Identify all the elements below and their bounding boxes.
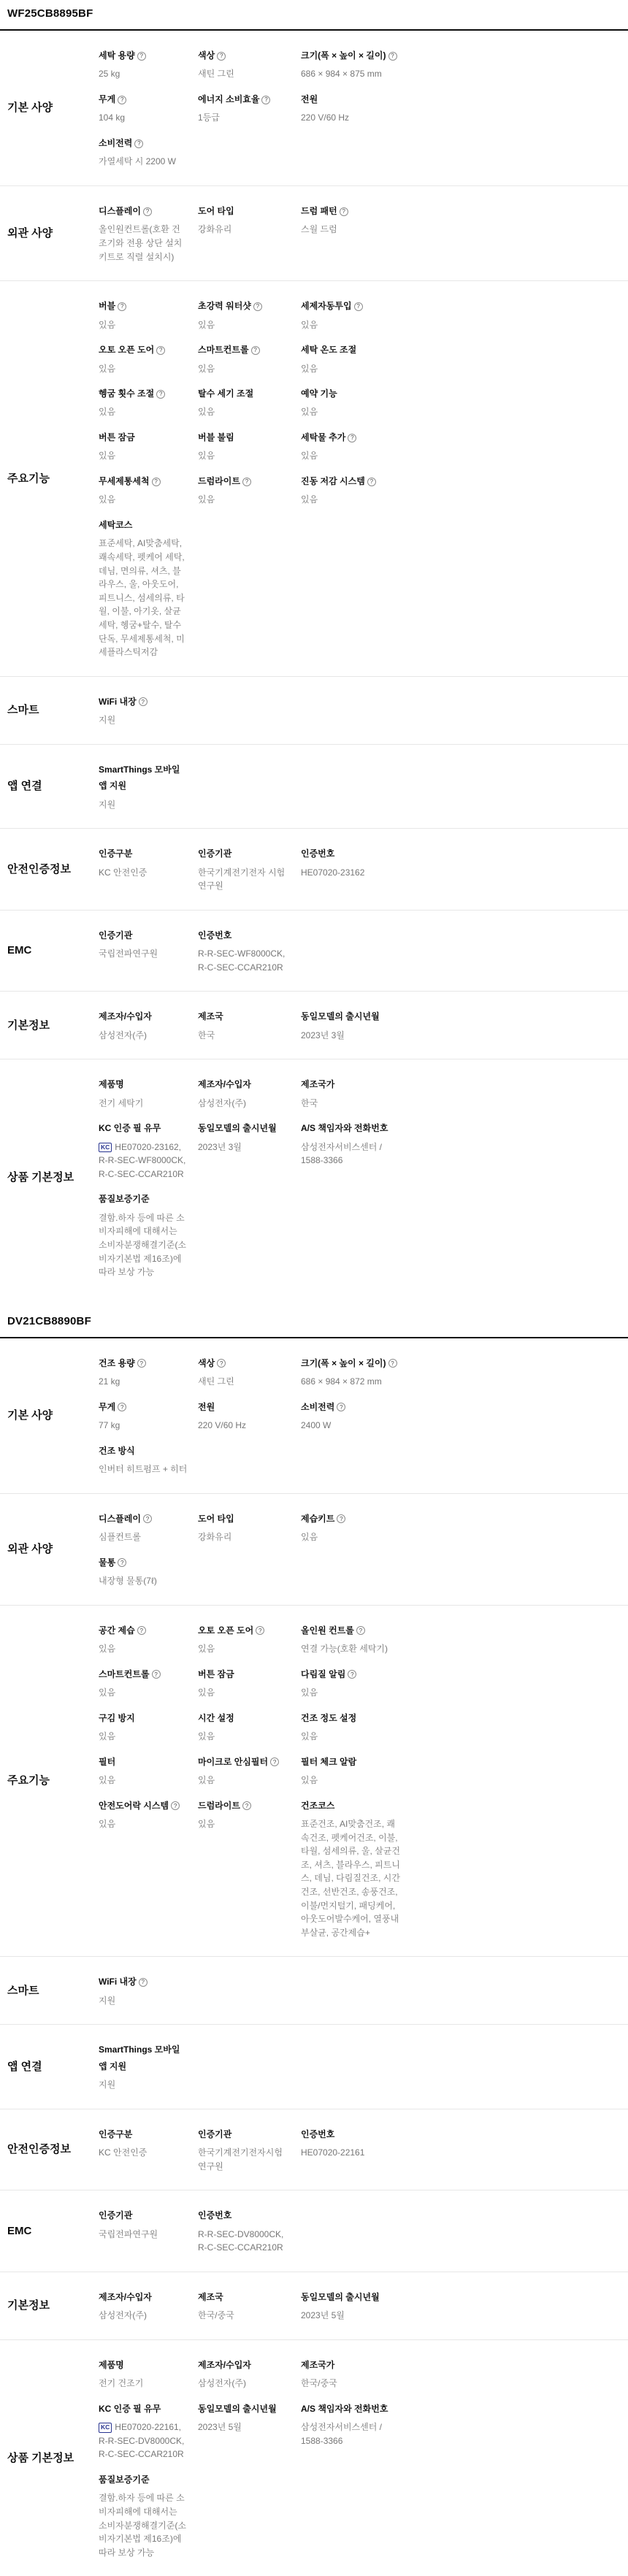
spec-item-label-line: 제조국가 <box>301 1076 403 1092</box>
spec-item: 건조 방식 인버터 히트펌프 + 히터 <box>99 1438 198 1481</box>
spec-item-value: 있음 <box>198 1730 291 1744</box>
spec-item-value: 가열세탁 시 2200 W <box>99 155 188 169</box>
spec-item-label-line: KC 인증 필 유무 <box>99 1120 188 1136</box>
spec-item-value-text: 있음 <box>99 320 115 330</box>
spec-section-grid: 제품명 전기 세탁기 제조자/수입자 삼성전자(주) 제조국가 한국 KC 인증… <box>99 1071 413 1284</box>
spec-item-value-text: 국립전파연구원 <box>99 948 158 959</box>
spec-item-label: 공간 제습 <box>99 1625 135 1636</box>
spec-item-value: 있음 <box>99 362 188 376</box>
spec-item-label: 제조자/수입자 <box>198 1079 251 1089</box>
spec-item-value: 있음 <box>99 405 188 419</box>
info-icon[interactable]: ? <box>139 697 148 706</box>
spec-item: 제습키트? 있음 <box>301 1506 413 1549</box>
spec-section-row: EMC 인증기관 국립전파연구원 인증번호 R-R-SEC-DV8000CK, … <box>0 2190 628 2272</box>
spec-item-label-line: 도어 타입 <box>198 1511 291 1527</box>
spec-item-label: 버블 불림 <box>198 432 234 442</box>
spec-item-value: 새틴 그린 <box>198 67 291 81</box>
spec-item-label: KC 인증 필 유무 <box>99 1123 161 1133</box>
spec-item-value-text: 있음 <box>198 1687 215 1698</box>
spec-section-row: 기본정보 제조자/수입자 삼성전자(주) 제조국 한국/중국 동일모델의 출시년… <box>0 2272 628 2339</box>
spec-section-grid: WiFi 내장? 지원 <box>99 1969 413 2012</box>
spec-item-label-line: 건조 정도 설정 <box>301 1710 403 1726</box>
spec-item-label: 건조코스 <box>301 1801 334 1811</box>
spec-item-value-text: 있음 <box>99 1819 115 1829</box>
spec-item-label-line: 오토 오픈 도어? <box>198 1622 291 1638</box>
spec-item-value-text: 있음 <box>301 1775 318 1785</box>
spec-item-label: 제품명 <box>99 1079 124 1089</box>
spec-item-value: 21 kg <box>99 1375 188 1389</box>
spec-item-label: 스마트컨트롤 <box>198 345 249 355</box>
info-icon[interactable]: ? <box>137 1626 146 1635</box>
spec-item-value-text: 있음 <box>99 1775 115 1785</box>
spec-section-label: 상품 기본정보 <box>0 1170 99 1185</box>
spec-item: 마이크로 안심필터? 있음 <box>198 1749 301 1793</box>
spec-item-value: 연결 가능(호환 세탁기) <box>301 1642 403 1656</box>
spec-item-value-text: 삼성전자(주) <box>198 1098 246 1108</box>
info-icon[interactable]: ? <box>348 434 356 442</box>
spec-item-value: 2400 W <box>301 1419 403 1433</box>
spec-item: 도어 타입 강화유리 <box>198 1506 301 1549</box>
spec-item-label-line: 디스플레이? <box>99 1511 188 1527</box>
spec-item: 제조국 한국 <box>198 1003 301 1047</box>
info-icon[interactable]: ? <box>118 1558 126 1567</box>
spec-item-label-line: 무게? <box>99 91 188 107</box>
spec-item-label-line: 인증번호 <box>198 927 291 943</box>
spec-item-label: 시간 설정 <box>198 1713 234 1723</box>
spec-item-value: 한국/중국 <box>198 2309 291 2323</box>
spec-item: KC 인증 필 유무 KCHE07020-23162, R-R-SEC-WF80… <box>99 1115 198 1186</box>
spec-item-label-line: 탈수 세기 조절 <box>198 386 291 402</box>
spec-item-value-text: 220 V/60 Hz <box>198 1420 246 1430</box>
spec-item: 무게? 104 kg <box>99 86 198 130</box>
spec-section-row: 앱 연결 SmartThings 모바일 앱 지원 지원 <box>0 2024 628 2108</box>
spec-item-value-text: HE07020-22161 <box>301 2147 364 2158</box>
info-icon[interactable]: ? <box>171 1801 180 1810</box>
spec-item-label-line: 세탁 용량? <box>99 47 188 64</box>
spec-item-label: A/S 책임자와 전화번호 <box>301 1123 388 1133</box>
spec-item-value: KCHE07020-23162, R-R-SEC-WF8000CK, R-C-S… <box>99 1141 188 1181</box>
spec-item-value: 인버터 히트펌프 + 히터 <box>99 1463 188 1476</box>
spec-item-value-text: 삼성전자(주) <box>99 1030 147 1040</box>
spec-section-grid: 버블? 있음 초강력 워터샷? 있음 세제자동투입? 있음 오토 오픈 도어? … <box>99 293 413 664</box>
spec-item-value: 있음 <box>301 362 403 376</box>
spec-section-grid: 공간 제습? 있음 오토 오픈 도어? 있음 올인원 컨트롤? 연결 가능(호환… <box>99 1617 413 1945</box>
spec-item-value-text: 결함.하자 등에 따른 소비자피해에 대해서는 소비자분쟁해결기준(소비자기본법… <box>99 2493 186 2557</box>
spec-item-label: SmartThings 모바일 앱 지원 <box>99 764 180 791</box>
spec-section-grid: 디스플레이? 올인원컨트롤(호환 건조기와 전용 상단 설치 키트로 직렬 설치… <box>99 198 413 269</box>
spec-item-value: 한국/중국 <box>301 2377 403 2391</box>
spec-item-value: HE07020-22161 <box>301 2146 403 2160</box>
spec-item-label: 건조 정도 설정 <box>301 1713 356 1723</box>
spec-item-value-text: 1등급 <box>198 112 220 123</box>
spec-item-value: 있음 <box>99 449 188 463</box>
spec-item-label: 예약 기능 <box>301 388 337 399</box>
spec-item: 제조국가 한국/중국 <box>301 2352 413 2396</box>
spec-item-value: 686 × 984 × 875 mm <box>301 67 403 81</box>
spec-item-value: 강화유리 <box>198 223 291 237</box>
spec-item: 인증기관 국립전파연구원 <box>99 922 198 966</box>
spec-item-label: 물통 <box>99 1557 115 1568</box>
spec-item-label-line: 진동 저감 시스템? <box>301 473 403 489</box>
spec-section-row: 앱 연결 SmartThings 모바일 앱 지원 지원 <box>0 744 628 828</box>
spec-item-value-text: 한국/중국 <box>198 2310 234 2320</box>
spec-item-label-line: 건조코스 <box>301 1798 403 1814</box>
spec-item-label: 인증구분 <box>99 2129 132 2139</box>
spec-item-label-line: 버튼 잠금 <box>99 429 188 445</box>
spec-item-value: 있음 <box>198 1642 291 1656</box>
spec-item-label: 인증번호 <box>301 848 334 859</box>
spec-item-value-text: 있음 <box>198 1644 215 1654</box>
spec-item-label-line: 소비전력? <box>301 1399 403 1415</box>
info-icon[interactable]: ? <box>251 346 260 355</box>
info-icon[interactable]: ? <box>156 346 165 355</box>
info-icon[interactable]: ? <box>156 390 165 399</box>
product-spec-table: WF25CB8895BF 기본 사양 세탁 용량? 25 kg 색상? 새틴 그… <box>0 4 628 1296</box>
spec-item-value: 지원 <box>99 798 188 812</box>
spec-item: 인증기관 한국기계전기전자 시험연구원 <box>198 840 301 898</box>
info-icon[interactable]: ? <box>261 96 270 104</box>
info-icon[interactable]: ? <box>348 1670 356 1679</box>
spec-item: 오토 오픈 도어? 있음 <box>99 337 198 380</box>
spec-item: 다림질 알림? 있음 <box>301 1661 413 1705</box>
spec-item-value: 한국기계전기전자 시험연구원 <box>198 866 291 893</box>
spec-item: 제조자/수입자 삼성전자(주) <box>198 1071 301 1115</box>
spec-item-label-line: 제습키트? <box>301 1511 403 1527</box>
spec-section-grid: 제조자/수입자 삼성전자(주) 제조국 한국 동일모델의 출시년월 2023년 … <box>99 1003 413 1047</box>
spec-item-label: 인증번호 <box>198 2210 231 2220</box>
spec-item-value: 삼성전자(주) <box>198 2377 291 2391</box>
spec-item: 건조 용량? 21 kg <box>99 1350 198 1394</box>
info-icon[interactable]: ? <box>256 1626 264 1635</box>
spec-item-label: 제조자/수입자 <box>99 2292 152 2302</box>
info-icon[interactable]: ? <box>270 1757 279 1766</box>
spec-item-value: HE07020-23162 <box>301 866 403 880</box>
spec-item-value-text: 한국 <box>198 1030 215 1040</box>
spec-item-label: 다림질 알림 <box>301 1669 345 1679</box>
spec-item: 동일모델의 출시년월 2023년 5월 <box>198 2396 301 2439</box>
spec-item-label-line: 오토 오픈 도어? <box>99 342 188 358</box>
spec-item-value-text: 강화유리 <box>198 224 231 234</box>
spec-item-value: 있음 <box>99 1642 188 1656</box>
spec-item-label-line: 시간 설정 <box>198 1710 291 1726</box>
spec-item: SmartThings 모바일 앱 지원 지원 <box>99 756 198 816</box>
spec-item-label-line: 헹굼 횟수 조절? <box>99 386 188 402</box>
spec-item: 전원 220 V/60 Hz <box>301 86 413 130</box>
info-icon[interactable]: ? <box>367 478 376 486</box>
spec-item-label-line: 제조국 <box>198 1008 291 1024</box>
spec-item-label: 오토 오픈 도어 <box>198 1625 253 1636</box>
spec-section-row: 기본 사양 건조 용량? 21 kg 색상? 새틴 그린 크기(폭 × 높이 ×… <box>0 1338 628 1493</box>
spec-item: 헹굼 횟수 조절? 있음 <box>99 380 198 424</box>
spec-section-grid: 세탁 용량? 25 kg 색상? 새틴 그린 크기(폭 × 높이 × 길이)? … <box>99 42 413 174</box>
spec-item: 버블 불림 있음 <box>198 424 301 468</box>
spec-section-label: EMC <box>0 2224 99 2239</box>
spec-item: 필터 체크 알람 있음 <box>301 1749 413 1793</box>
spec-item-label-line: 크기(폭 × 높이 × 길이)? <box>301 1355 403 1371</box>
spec-item-value: 한국 <box>198 1029 291 1043</box>
spec-item-label-line: 안전도어락 시스템? <box>99 1798 188 1814</box>
spec-section-row: 기본정보 제조자/수입자 삼성전자(주) 제조국 한국 동일모델의 출시년월 2… <box>0 991 628 1059</box>
spec-item-value-text: 21 kg <box>99 1376 120 1387</box>
spec-item-label-line: 버블 불림 <box>198 429 291 445</box>
info-icon[interactable]: ? <box>337 1514 345 1523</box>
info-icon[interactable]: ? <box>118 1403 126 1411</box>
spec-item: 건조 정도 설정 있음 <box>301 1705 413 1749</box>
spec-item-label-line: 다림질 알림? <box>301 1666 403 1682</box>
spec-item: 세탁코스 표준세탁, AI맞춤세탁, 쾌속세탁, 펫케어 세탁, 데님, 면의류… <box>99 512 198 664</box>
spec-item-value-text: 지원 <box>99 800 115 810</box>
spec-item-value-text: 가열세탁 시 2200 W <box>99 156 176 166</box>
spec-item-value-text: 있음 <box>301 494 318 505</box>
spec-item-value: 있음 <box>198 405 291 419</box>
spec-item-label: 도어 타입 <box>198 206 234 216</box>
spec-item-label-line: 소비전력? <box>99 135 188 151</box>
spec-item-value: 올인원컨트롤(호환 건조기와 전용 상단 설치 키트로 직렬 설치시) <box>99 223 188 264</box>
spec-item-label: 버블 <box>99 301 115 311</box>
spec-item-label-line: 스마트컨트롤? <box>99 1666 188 1682</box>
spec-item-value: 있음 <box>99 1774 188 1787</box>
spec-item-value-text: 있음 <box>198 1731 215 1741</box>
spec-item-label: 세탁 온도 조절 <box>301 345 356 355</box>
spec-item: 안전도어락 시스템? 있음 <box>99 1793 198 1836</box>
spec-item-label: 전원 <box>198 1402 215 1412</box>
spec-item-label: 품질보증기준 <box>99 1194 150 1204</box>
spec-item-value: R-R-SEC-WF8000CK, R-C-SEC-CCAR210R <box>198 947 291 974</box>
kc-certification-icon: KC <box>99 2423 112 2432</box>
spec-item-value: 삼성전자(주) <box>99 2309 188 2323</box>
spec-item-label: 인증기관 <box>99 2210 132 2220</box>
spec-item-value: 국립전파연구원 <box>99 2228 188 2242</box>
spec-item-value-text: 있음 <box>301 1731 318 1741</box>
spec-item-value-text: 삼성전자서비스센터 / 1588-3366 <box>301 1142 382 1166</box>
spec-item-label: 올인원 컨트롤 <box>301 1625 354 1636</box>
spec-section-row: 외관 사양 디스플레이? 올인원컨트롤(호환 건조기와 전용 상단 설치 키트로… <box>0 185 628 280</box>
spec-item-value-text: 지원 <box>99 1996 115 2006</box>
spec-item-value: KC 안전인증 <box>99 866 188 880</box>
spec-item: 스마트컨트롤? 있음 <box>198 337 301 380</box>
spec-item-label-line: 제조자/수입자 <box>198 1076 291 1092</box>
spec-section-grid: 인증구분 KC 안전인증 인증기관 한국기계전기전자 시험연구원 인증번호 HE… <box>99 840 413 898</box>
info-icon[interactable]: ? <box>143 207 152 216</box>
spec-item-label-line: 품질보증기준 <box>99 2472 188 2488</box>
info-icon[interactable]: ? <box>242 1801 251 1810</box>
spec-section-grid: 제조자/수입자 삼성전자(주) 제조국 한국/중국 동일모델의 출시년월 202… <box>99 2284 413 2328</box>
spec-item-label: 마이크로 안심필터 <box>198 1757 268 1767</box>
spec-item-value: 한국기계전기전자시험연구원 <box>198 2146 291 2173</box>
spec-item-value-text: 있음 <box>198 407 215 417</box>
spec-item-label: 필터 체크 알람 <box>301 1757 356 1767</box>
spec-item: 디스플레이? 심플컨트롤 <box>99 1506 198 1549</box>
info-icon[interactable]: ? <box>388 52 397 61</box>
spec-item: 버튼 잠금 있음 <box>198 1661 301 1705</box>
spec-item: 도어 타입 강화유리 <box>198 198 301 242</box>
spec-item: 인증번호 HE07020-22161 <box>301 2121 413 2165</box>
info-icon[interactable]: ? <box>253 302 262 311</box>
spec-section-label: 스마트 <box>0 703 99 718</box>
spec-item-label: 제조국가 <box>301 2360 334 2370</box>
spec-item-value-text: 스월 드럼 <box>301 224 337 234</box>
spec-item-label-line: 동일모델의 출시년월 <box>301 1008 403 1024</box>
info-icon[interactable]: ? <box>337 1403 345 1411</box>
spec-item: 필터 있음 <box>99 1749 198 1793</box>
spec-item-value: 있음 <box>198 362 291 376</box>
spec-item-value: 삼성전자(주) <box>198 1097 291 1111</box>
info-icon[interactable]: ? <box>137 1359 146 1368</box>
spec-section-row: 기본 사양 세탁 용량? 25 kg 색상? 새틴 그린 크기(폭 × 높이 ×… <box>0 31 628 185</box>
spec-item: 예약 기능 있음 <box>301 380 413 424</box>
spec-item-value-text: 전기 세탁기 <box>99 1098 143 1108</box>
spec-item-value-text: 한국/중국 <box>301 2378 337 2388</box>
spec-item-label-line: 공간 제습? <box>99 1622 188 1638</box>
spec-item-value-text: 25 kg <box>99 69 120 79</box>
info-icon[interactable]: ? <box>354 302 363 311</box>
spec-item: 크기(폭 × 높이 × 길이)? 686 × 984 × 875 mm <box>301 42 413 86</box>
spec-item-label-line: 마이크로 안심필터? <box>198 1754 291 1770</box>
spec-item-label: 스마트컨트롤 <box>99 1669 150 1679</box>
product-spec-table: DV21CB8890BF 기본 사양 건조 용량? 21 kg 색상? 새틴 그… <box>0 1312 628 2576</box>
spec-item: A/S 책임자와 전화번호 삼성전자서비스센터 / 1588-3366 <box>301 1115 413 1173</box>
spec-item-label: 에너지 소비효율 <box>198 94 259 104</box>
spec-item: 품질보증기준 결함.하자 등에 따른 소비자피해에 대해서는 소비자분쟁해결기준… <box>99 2466 198 2564</box>
spec-item-label-line: 제조자/수입자 <box>198 2357 291 2373</box>
spec-item-label: 품질보증기준 <box>99 2475 150 2485</box>
spec-item-label: 세탁물 추가 <box>301 432 345 442</box>
spec-item-label-line: 인증기관 <box>99 927 188 943</box>
spec-item-value: 있음 <box>99 1730 188 1744</box>
info-icon[interactable]: ? <box>217 1359 226 1368</box>
spec-item-label: 필터 <box>99 1757 115 1767</box>
spec-item: 동일모델의 출시년월 2023년 3월 <box>198 1115 301 1159</box>
spec-item-label: 탈수 세기 조절 <box>198 388 253 399</box>
spec-item: 세탁 온도 조절 있음 <box>301 337 413 380</box>
spec-item-value-text: KC 안전인증 <box>99 2147 147 2158</box>
spec-item-label: 드럼라이트 <box>198 1801 240 1811</box>
spec-item: 인증번호 R-R-SEC-DV8000CK, R-C-SEC-CCAR210R <box>198 2202 301 2260</box>
spec-item-label: 무세제통세척 <box>99 476 150 486</box>
spec-item-value: 삼성전자서비스센터 / 1588-3366 <box>301 2420 403 2447</box>
info-icon[interactable]: ? <box>118 96 126 104</box>
spec-item-label-line: KC 인증 필 유무 <box>99 2401 188 2417</box>
spec-item-label-line: 버튼 잠금 <box>198 1666 291 1682</box>
spec-item-label: 동일모델의 출시년월 <box>301 1011 380 1021</box>
spec-item-label-line: 제조자/수입자 <box>99 2289 188 2305</box>
spec-item-label: 건조 방식 <box>99 1446 135 1456</box>
spec-item-value: 지원 <box>99 2078 188 2092</box>
info-icon[interactable]: ? <box>143 1514 152 1523</box>
spec-item-label: 크기(폭 × 높이 × 길이) <box>301 1358 386 1368</box>
spec-item-label-line: 인증기관 <box>198 846 291 862</box>
spec-item-label: A/S 책임자와 전화번호 <box>301 2404 388 2414</box>
spec-item-label-line: 무게? <box>99 1399 188 1415</box>
spec-item-label-line: WiFi 내장? <box>99 1974 188 1990</box>
spec-section-label: 스마트 <box>0 1984 99 1998</box>
spec-item-label-line: 제조국가 <box>301 2357 403 2373</box>
spec-item-label-line: 올인원 컨트롤? <box>301 1622 403 1638</box>
spec-section-label: 앱 연결 <box>0 779 99 794</box>
info-icon[interactable]: ? <box>137 52 146 61</box>
spec-item-label-line: 드럼라이트? <box>198 1798 291 1814</box>
spec-item-label: 색상 <box>198 1358 215 1368</box>
spec-item-value: 2023년 5월 <box>198 2420 291 2434</box>
spec-item-label: 버튼 잠금 <box>198 1669 234 1679</box>
spec-item: 동일모델의 출시년월 2023년 3월 <box>301 1003 413 1047</box>
spec-item-label: 제품명 <box>99 2360 124 2370</box>
spec-item: KC 인증 필 유무 KCHE07020-22161, R-R-SEC-DV80… <box>99 2396 198 2466</box>
product-model-title: DV21CB8890BF <box>0 1312 628 1338</box>
spec-item-value: 있음 <box>99 1686 188 1700</box>
spec-section-grid: 인증구분 KC 안전인증 인증기관 한국기계전기전자시험연구원 인증번호 HE0… <box>99 2121 413 2179</box>
info-icon[interactable]: ? <box>388 1359 397 1368</box>
info-icon[interactable]: ? <box>152 478 161 486</box>
spec-section-label: 안전인증정보 <box>0 2142 99 2157</box>
spec-item-label: 초강력 워터샷 <box>198 301 251 311</box>
info-icon[interactable]: ? <box>118 302 126 311</box>
spec-section-grid: 제품명 전기 건조기 제조자/수입자 삼성전자(주) 제조국가 한국/중국 KC… <box>99 2352 413 2565</box>
spec-item: 스마트컨트롤? 있음 <box>99 1661 198 1705</box>
kc-certification-icon: KC <box>99 1143 112 1152</box>
spec-item-value-text: 삼성전자(주) <box>198 2378 246 2388</box>
spec-item-value: 2023년 3월 <box>301 1029 403 1043</box>
spec-section-row: 스마트 WiFi 내장? 지원 <box>0 1956 628 2024</box>
spec-section-grid: 인증기관 국립전파연구원 인증번호 R-R-SEC-DV8000CK, R-C-… <box>99 2202 413 2260</box>
spec-item-value: 전기 건조기 <box>99 2377 188 2391</box>
spec-item-value: R-R-SEC-DV8000CK, R-C-SEC-CCAR210R <box>198 2228 291 2255</box>
spec-item-value-text: 있음 <box>198 320 215 330</box>
spec-item-label: 동일모델의 출시년월 <box>301 2292 380 2302</box>
spec-item-value: 있음 <box>301 449 403 463</box>
spec-item-value-text: 삼성전자서비스센터 / 1588-3366 <box>301 2422 382 2446</box>
spec-item-value: 내장형 물통(7ℓ) <box>99 1574 188 1588</box>
spec-item-value-text: 686 × 984 × 872 mm <box>301 1376 382 1387</box>
spec-item-label: 인증기관 <box>198 848 231 859</box>
spec-item-value: 있음 <box>198 1817 291 1831</box>
spec-section-label: 주요기능 <box>0 472 99 486</box>
spec-item-label-line: A/S 책임자와 전화번호 <box>301 2401 403 2417</box>
info-icon[interactable]: ? <box>139 1978 148 1987</box>
spec-item-label-line: 건조 용량? <box>99 1355 188 1371</box>
spec-item: 초강력 워터샷? 있음 <box>198 293 301 337</box>
spec-item-value: 104 kg <box>99 111 188 125</box>
spec-item-label-line: 전원 <box>301 91 403 107</box>
spec-item-label: 드럼 패턴 <box>301 206 337 216</box>
spec-item-label: 세탁 용량 <box>99 50 135 61</box>
spec-section-grid: 건조 용량? 21 kg 색상? 새틴 그린 크기(폭 × 높이 × 길이)? … <box>99 1350 413 1481</box>
spec-item-value: 표준세탁, AI맞춤세탁, 쾌속세탁, 펫케어 세탁, 데님, 면의류, 셔츠,… <box>99 537 188 659</box>
spec-item-value-text: 지원 <box>99 715 115 725</box>
spec-section-row: 주요기능 공간 제습? 있음 오토 오픈 도어? 있음 올인원 컨트롤? 연결 … <box>0 1605 628 1957</box>
spec-item-value: 삼성전자서비스센터 / 1588-3366 <box>301 1141 403 1168</box>
spec-item-value: 있음 <box>301 493 403 507</box>
spec-item-label-line: 인증구분 <box>99 846 188 862</box>
spec-item-value: 25 kg <box>99 67 188 81</box>
info-icon[interactable]: ? <box>340 207 348 216</box>
spec-item-value: 220 V/60 Hz <box>198 1419 291 1433</box>
spec-item: SmartThings 모바일 앱 지원 지원 <box>99 2036 198 2096</box>
spec-section-label: 기본정보 <box>0 1019 99 1033</box>
info-icon[interactable]: ? <box>217 52 226 61</box>
spec-item: 전원 220 V/60 Hz <box>198 1394 301 1438</box>
info-icon[interactable]: ? <box>356 1626 365 1635</box>
spec-item-label: 진동 저감 시스템 <box>301 476 365 486</box>
spec-item-label: 세제자동투입 <box>301 301 352 311</box>
spec-item-label: 제조국 <box>198 1011 223 1021</box>
info-icon[interactable]: ? <box>134 139 143 148</box>
info-icon[interactable]: ? <box>152 1670 161 1679</box>
spec-item-value-text: 있음 <box>301 364 318 374</box>
spec-sections: 기본 사양 세탁 용량? 25 kg 색상? 새틴 그린 크기(폭 × 높이 ×… <box>0 31 628 1296</box>
info-icon[interactable]: ? <box>242 478 251 486</box>
spec-item: 드럼 패턴? 스월 드럼 <box>301 198 413 242</box>
